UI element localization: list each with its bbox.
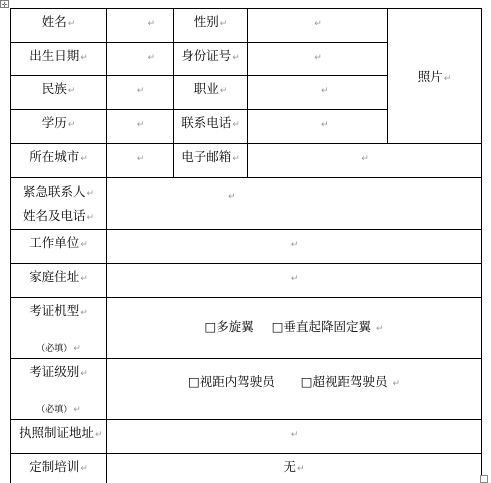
table-resize-handle[interactable] bbox=[480, 475, 488, 483]
label-ethnicity: 民族↵ bbox=[11, 76, 107, 110]
label-occupation: 职业↵ bbox=[174, 76, 248, 110]
label-license-level: 考证级别↵ （必填）↵ bbox=[11, 359, 107, 420]
input-work-unit[interactable]: ↵ bbox=[107, 230, 482, 264]
input-name[interactable]: ↵ bbox=[107, 9, 174, 43]
label-home-address: 家庭住址↵ bbox=[11, 264, 107, 298]
label-work-unit: 工作单位↵ bbox=[11, 230, 107, 264]
input-phone[interactable]: ↵ bbox=[248, 110, 388, 144]
row-license-address: 执照制证地址↵ ↵ bbox=[11, 420, 482, 454]
row-work-unit: 工作单位↵ ↵ bbox=[11, 230, 482, 264]
input-education[interactable]: ↵ bbox=[107, 110, 174, 144]
row-license-level: 考证级别↵ （必填）↵ □视距内驾驶员 □超视距驾驶员 ↵ bbox=[11, 359, 482, 420]
input-home-address[interactable]: ↵ bbox=[107, 264, 482, 298]
row-city-email: 所在城市↵ ↵ 电子邮箱↵ ↵ bbox=[11, 144, 482, 178]
label-custom-training: 定制培训↵ bbox=[11, 454, 107, 483]
registration-form-table: 姓名↵ ↵ 性别↵ ↵ 照片↵ 出生日期↵ ↵ 身份证号↵ ↵ 民族↵ ↵ 职业… bbox=[10, 8, 482, 483]
label-id-number: 身份证号↵ bbox=[174, 43, 248, 76]
input-id-number[interactable]: ↵ bbox=[248, 43, 388, 76]
row-home-address: 家庭住址↵ ↵ bbox=[11, 264, 482, 298]
checkbox-multirotor[interactable]: □多旋翼 bbox=[204, 319, 253, 334]
label-gender: 性别↵ bbox=[174, 9, 248, 43]
row-custom-training: 定制培训↵ 无↵ bbox=[11, 454, 482, 483]
row-emergency-contact: 紧急联系人↵ 姓名及电话↵ ↵ bbox=[11, 178, 482, 230]
input-occupation[interactable]: ↵ bbox=[248, 76, 388, 110]
label-emergency-contact: 紧急联系人↵ 姓名及电话↵ bbox=[11, 178, 107, 230]
checkbox-bvlos-pilot[interactable]: □超视距驾驶员 bbox=[301, 374, 388, 389]
row-name-gender: 姓名↵ ↵ 性别↵ ↵ 照片↵ bbox=[11, 9, 482, 43]
checkbox-vlos-pilot[interactable]: □视距内驾驶员 bbox=[188, 374, 275, 389]
input-emergency-contact[interactable]: ↵ bbox=[107, 178, 482, 230]
label-aircraft-type: 考证机型↵ （必填）↵ bbox=[11, 298, 107, 359]
input-gender[interactable]: ↵ bbox=[248, 9, 388, 43]
table-move-handle[interactable]: ✛ bbox=[0, 0, 9, 8]
label-birthdate: 出生日期↵ bbox=[11, 43, 107, 76]
value-custom-training[interactable]: 无↵ bbox=[107, 454, 482, 483]
label-education: 学历↵ bbox=[11, 110, 107, 144]
label-phone: 联系电话↵ bbox=[174, 110, 248, 144]
label-name: 姓名↵ bbox=[11, 9, 107, 43]
aircraft-type-options: □多旋翼 □垂直起降固定翼 ↵ bbox=[107, 298, 482, 359]
input-ethnicity[interactable]: ↵ bbox=[107, 76, 174, 110]
input-city[interactable]: ↵ bbox=[107, 144, 174, 178]
label-license-address: 执照制证地址↵ bbox=[11, 420, 107, 454]
input-email[interactable]: ↵ bbox=[248, 144, 482, 178]
input-license-address[interactable]: ↵ bbox=[107, 420, 482, 454]
row-aircraft-type: 考证机型↵ （必填）↵ □多旋翼 □垂直起降固定翼 ↵ bbox=[11, 298, 482, 359]
photo-cell[interactable]: 照片↵ bbox=[388, 9, 482, 144]
label-city: 所在城市↵ bbox=[11, 144, 107, 178]
license-level-options: □视距内驾驶员 □超视距驾驶员 ↵ bbox=[107, 359, 482, 420]
label-email: 电子邮箱↵ bbox=[174, 144, 248, 178]
checkbox-vtol-fixed-wing[interactable]: □垂直起降固定翼 bbox=[272, 319, 371, 334]
input-birthdate[interactable]: ↵ bbox=[107, 43, 174, 76]
